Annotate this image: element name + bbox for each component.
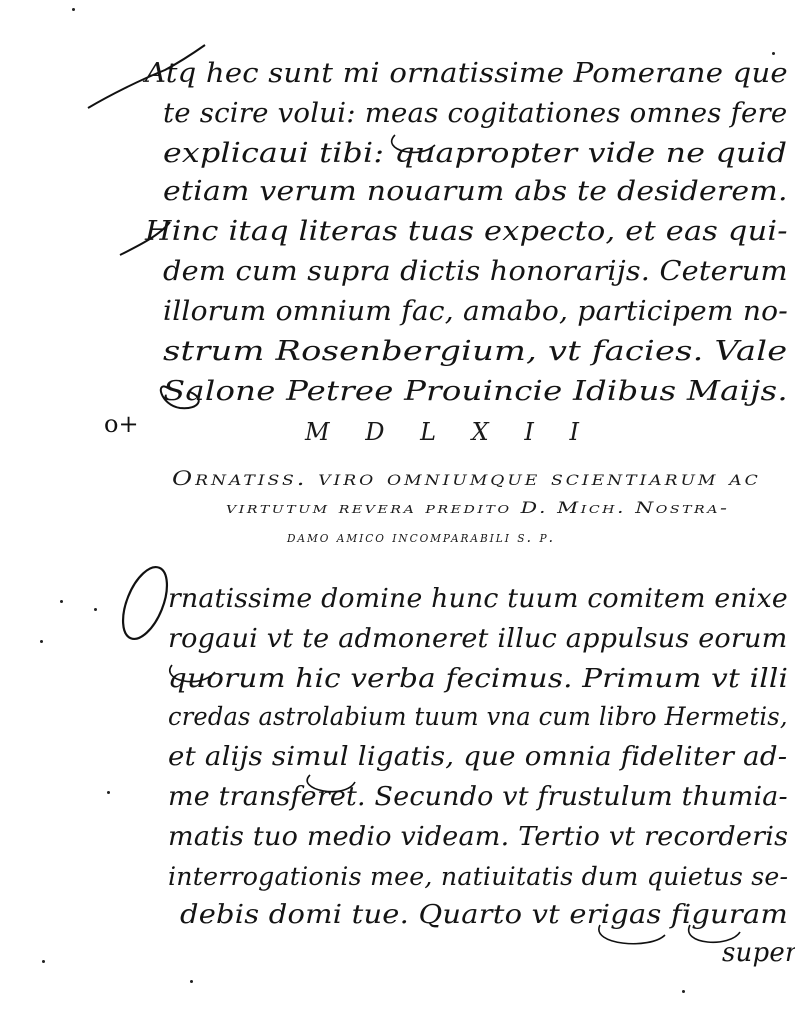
letter2-line-7: matis tuo medio videam. Tertio vt record… [168,824,788,850]
letter2-line-9: debis domi tue. Quarto vt erigas figuram [180,902,788,928]
letter2-line-6: me transferet. Secundo vt frustulum thum… [168,784,788,810]
address-line-1: Ornatiss. viro omniumque scientiarum ac [172,468,761,488]
margin-mark: o+ [104,410,139,438]
scan-speck [42,960,45,963]
scan-speck [60,600,63,603]
letter2-line-8: interrogationis mee, natiuitatis dum qui… [168,864,788,889]
scan-speck [682,990,685,993]
letter1-line-4: etiam verum nouarum abs te desiderem. [163,178,788,205]
letter1-line-7: illorum omnium fac, amabo, participem no… [163,298,788,325]
letter1-line-6: dem cum supra dictis honorarijs. Ceterum [163,258,788,285]
scan-speck [107,791,110,794]
letter1-line-8: strum Rosenbergium, vt facies. Vale [163,338,787,365]
letter1-line-3: explicaui tibi: quapropter vide ne quid [163,140,787,167]
letter1-date: M D L X I I [305,418,593,446]
letter1-line-2: te scire volui: meas cogitationes omnes … [163,100,787,127]
letter2-line-5: et alijs simul ligatis, que omnia fideli… [168,744,787,770]
scan-speck [190,980,193,983]
scan-speck [94,608,97,611]
scan-speck [772,52,775,55]
letter1-line-9: Salone Petree Prouincie Idibus Maijs. [163,378,788,405]
scan-speck [72,8,75,11]
address-line-2: virtutum revera predito D. Mich. Nostra- [226,500,729,516]
address-line-3: damo amico incomparabili s. p. [287,530,555,545]
letter1-line-5: Hinc itaq literas tuas expecto, et eas q… [145,218,788,245]
catchword: super [722,940,795,966]
letter1-line-1: Atq hec sunt mi ornatissime Pomerane que [145,60,788,87]
manuscript-page: Atq hec sunt mi ornatissime Pomerane que… [0,0,795,1024]
letter2-line-3: quorum hic verba fecimus. Primum vt illi [168,666,788,692]
letter2-line-4: credas astrolabium tuum vna cum libro He… [168,704,788,729]
letter2-line-1: rnatissime domine hunc tuum comitem enix… [168,586,788,612]
scan-speck [40,640,43,643]
letter2-line-2: rogaui vt te admoneret illuc appulsus eo… [168,626,788,652]
